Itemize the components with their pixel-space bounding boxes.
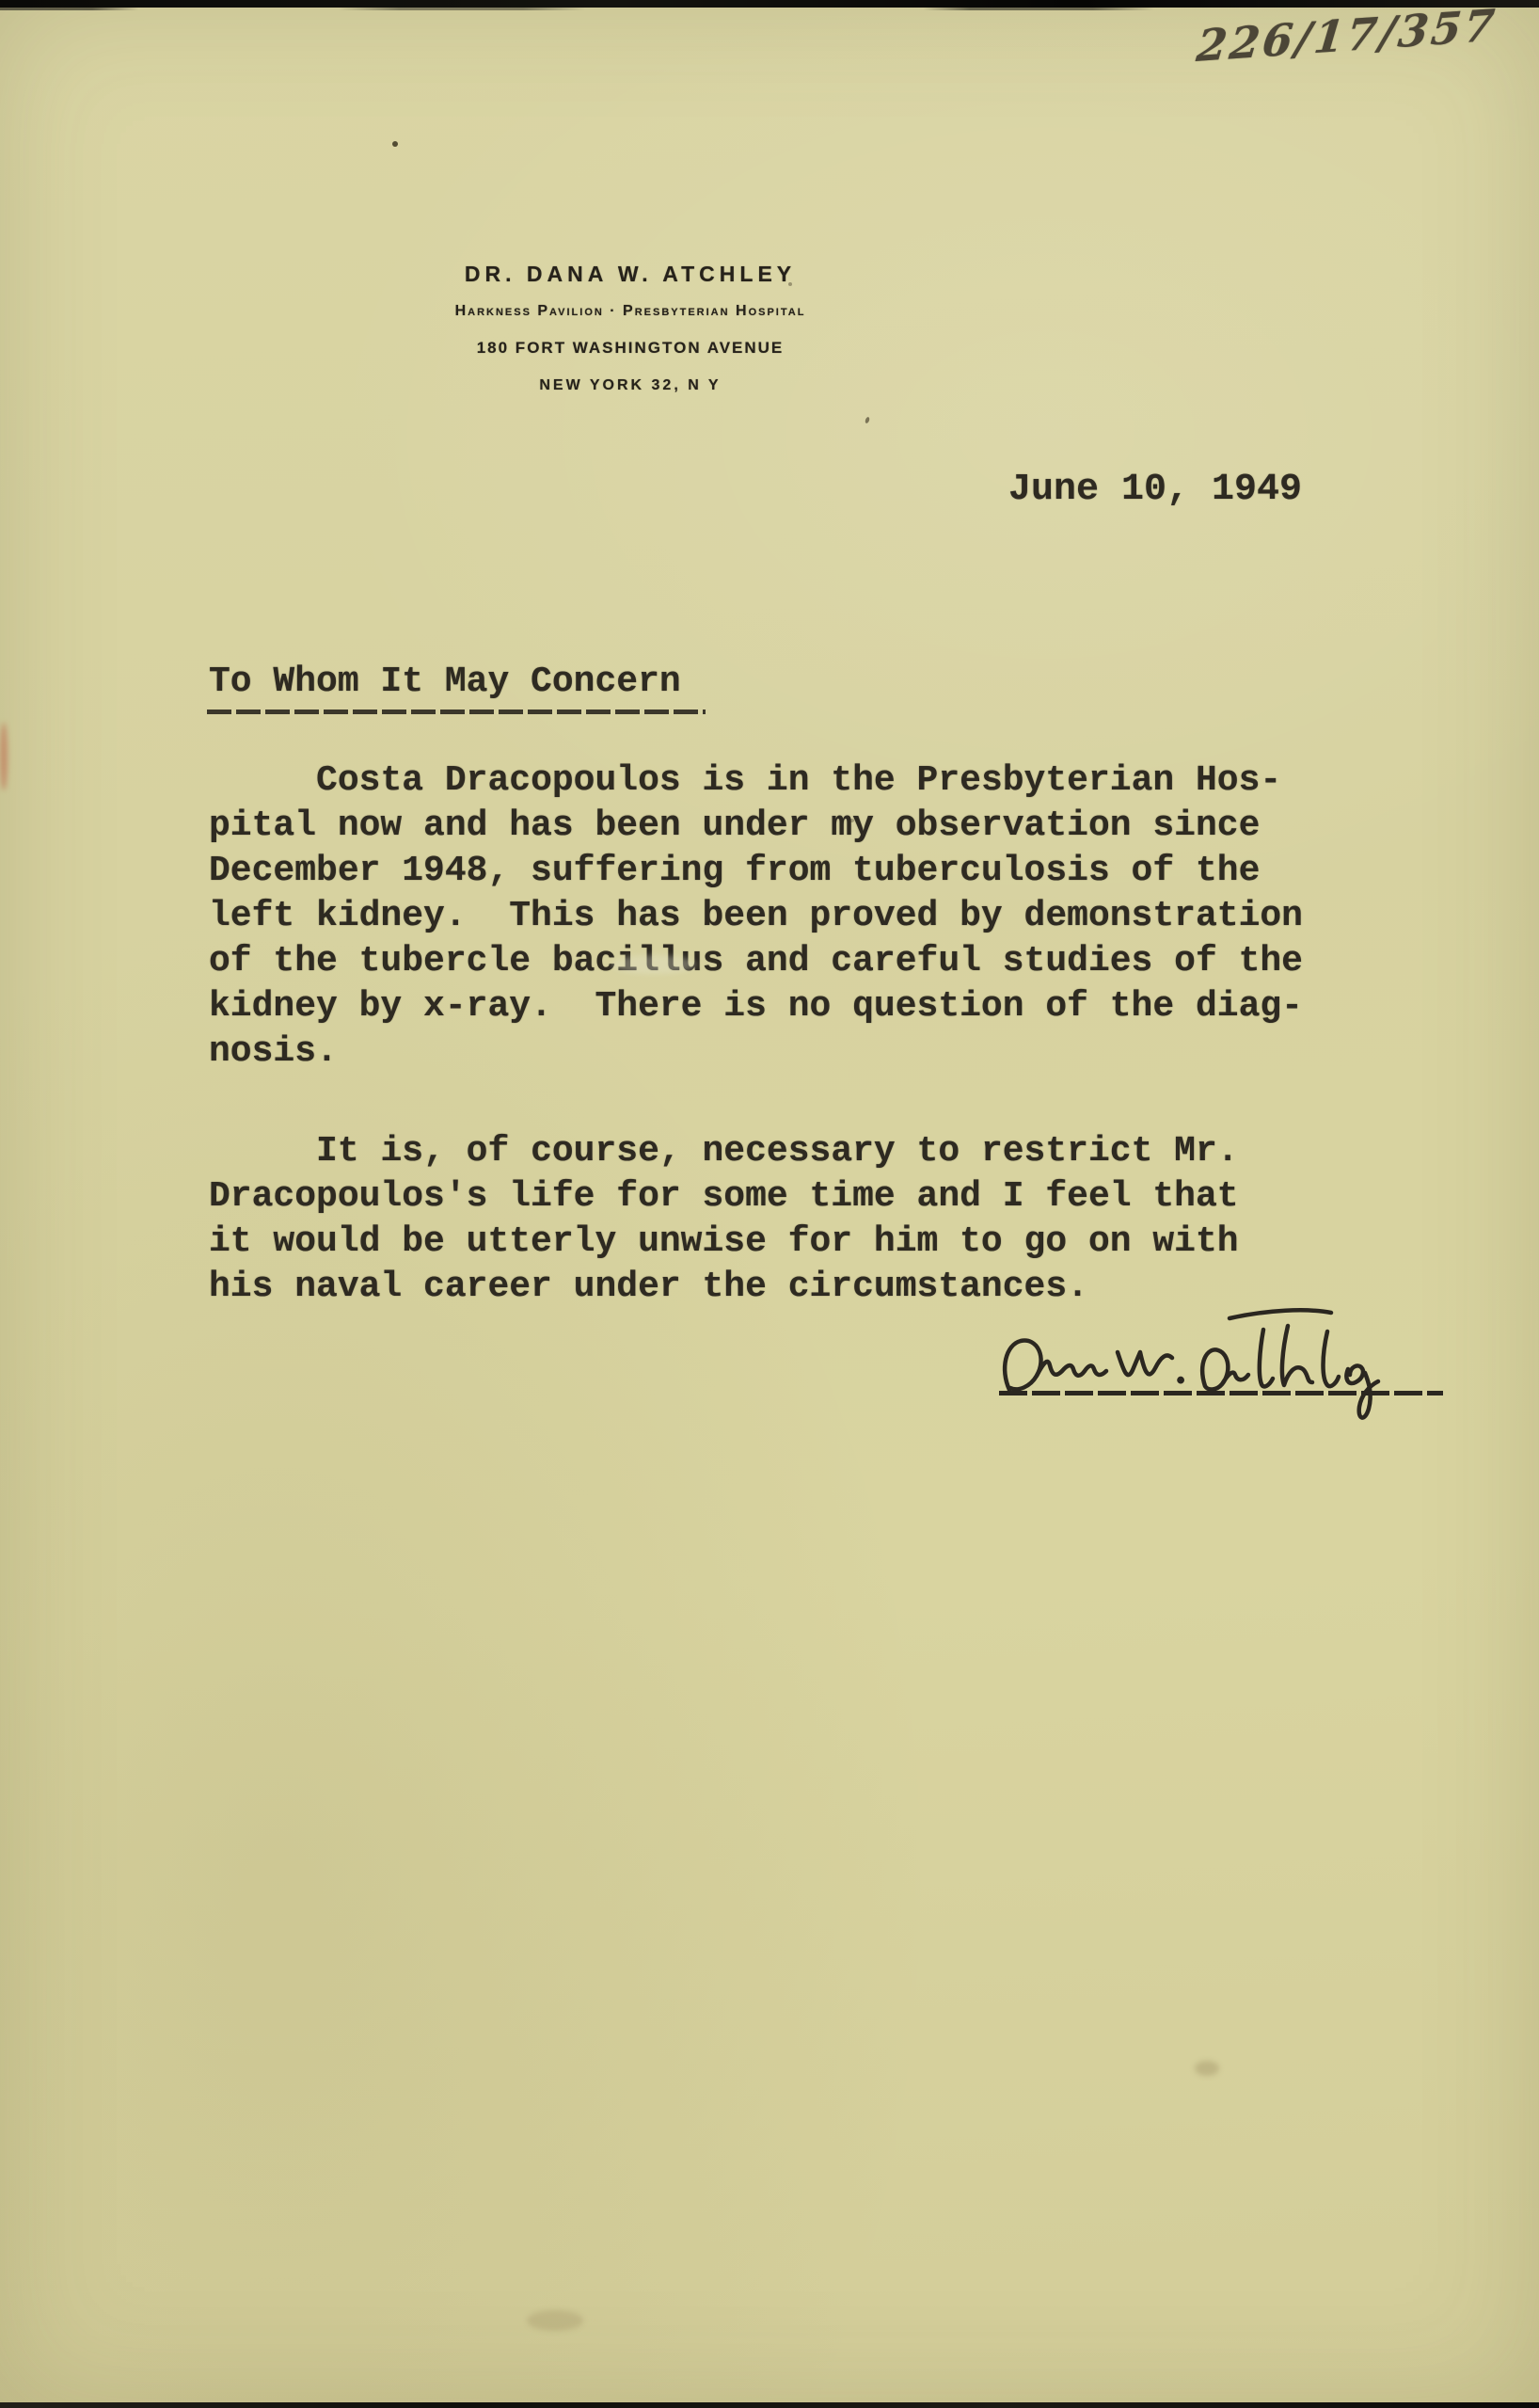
paper-speck [392, 141, 398, 147]
signature [992, 1303, 1463, 1444]
archival-number: 226/17/357 [1195, 0, 1519, 72]
signature-script [992, 1303, 1463, 1444]
salutation-underline [207, 710, 706, 714]
paper-speck [865, 417, 870, 424]
body-paragraph-2: It is, of course, necessary to restrict … [209, 1129, 1357, 1310]
date-line: June 10, 1949 [1008, 469, 1302, 511]
paper-speck [788, 282, 792, 286]
salutation: To Whom It May Concern [209, 662, 681, 702]
letterhead-city: NEW YORK 32, N Y [254, 377, 1007, 394]
scan-edge-bottom [0, 2402, 1539, 2408]
scan-edge-top [0, 0, 1539, 8]
body-paragraph-1: Costa Dracopoulos is in the Presbyterian… [209, 758, 1357, 1075]
paper-speck [849, 819, 854, 822]
letter-page: 226/17/357 DR. DANA W. ATCHLEY Harkness … [0, 0, 1539, 2408]
paper-highlight [611, 955, 696, 974]
letterhead: DR. DANA W. ATCHLEY Harkness Pavilion · … [254, 262, 1007, 394]
letterhead-affiliation: Harkness Pavilion · Presbyterian Hospita… [254, 303, 1007, 320]
letterhead-name: DR. DANA W. ATCHLEY [254, 262, 1007, 287]
letterhead-address: 180 FORT WASHINGTON AVENUE [254, 339, 1007, 358]
paper-stain [1195, 2061, 1219, 2076]
ink-smudge [0, 723, 8, 790]
paper-stain [527, 2310, 583, 2331]
